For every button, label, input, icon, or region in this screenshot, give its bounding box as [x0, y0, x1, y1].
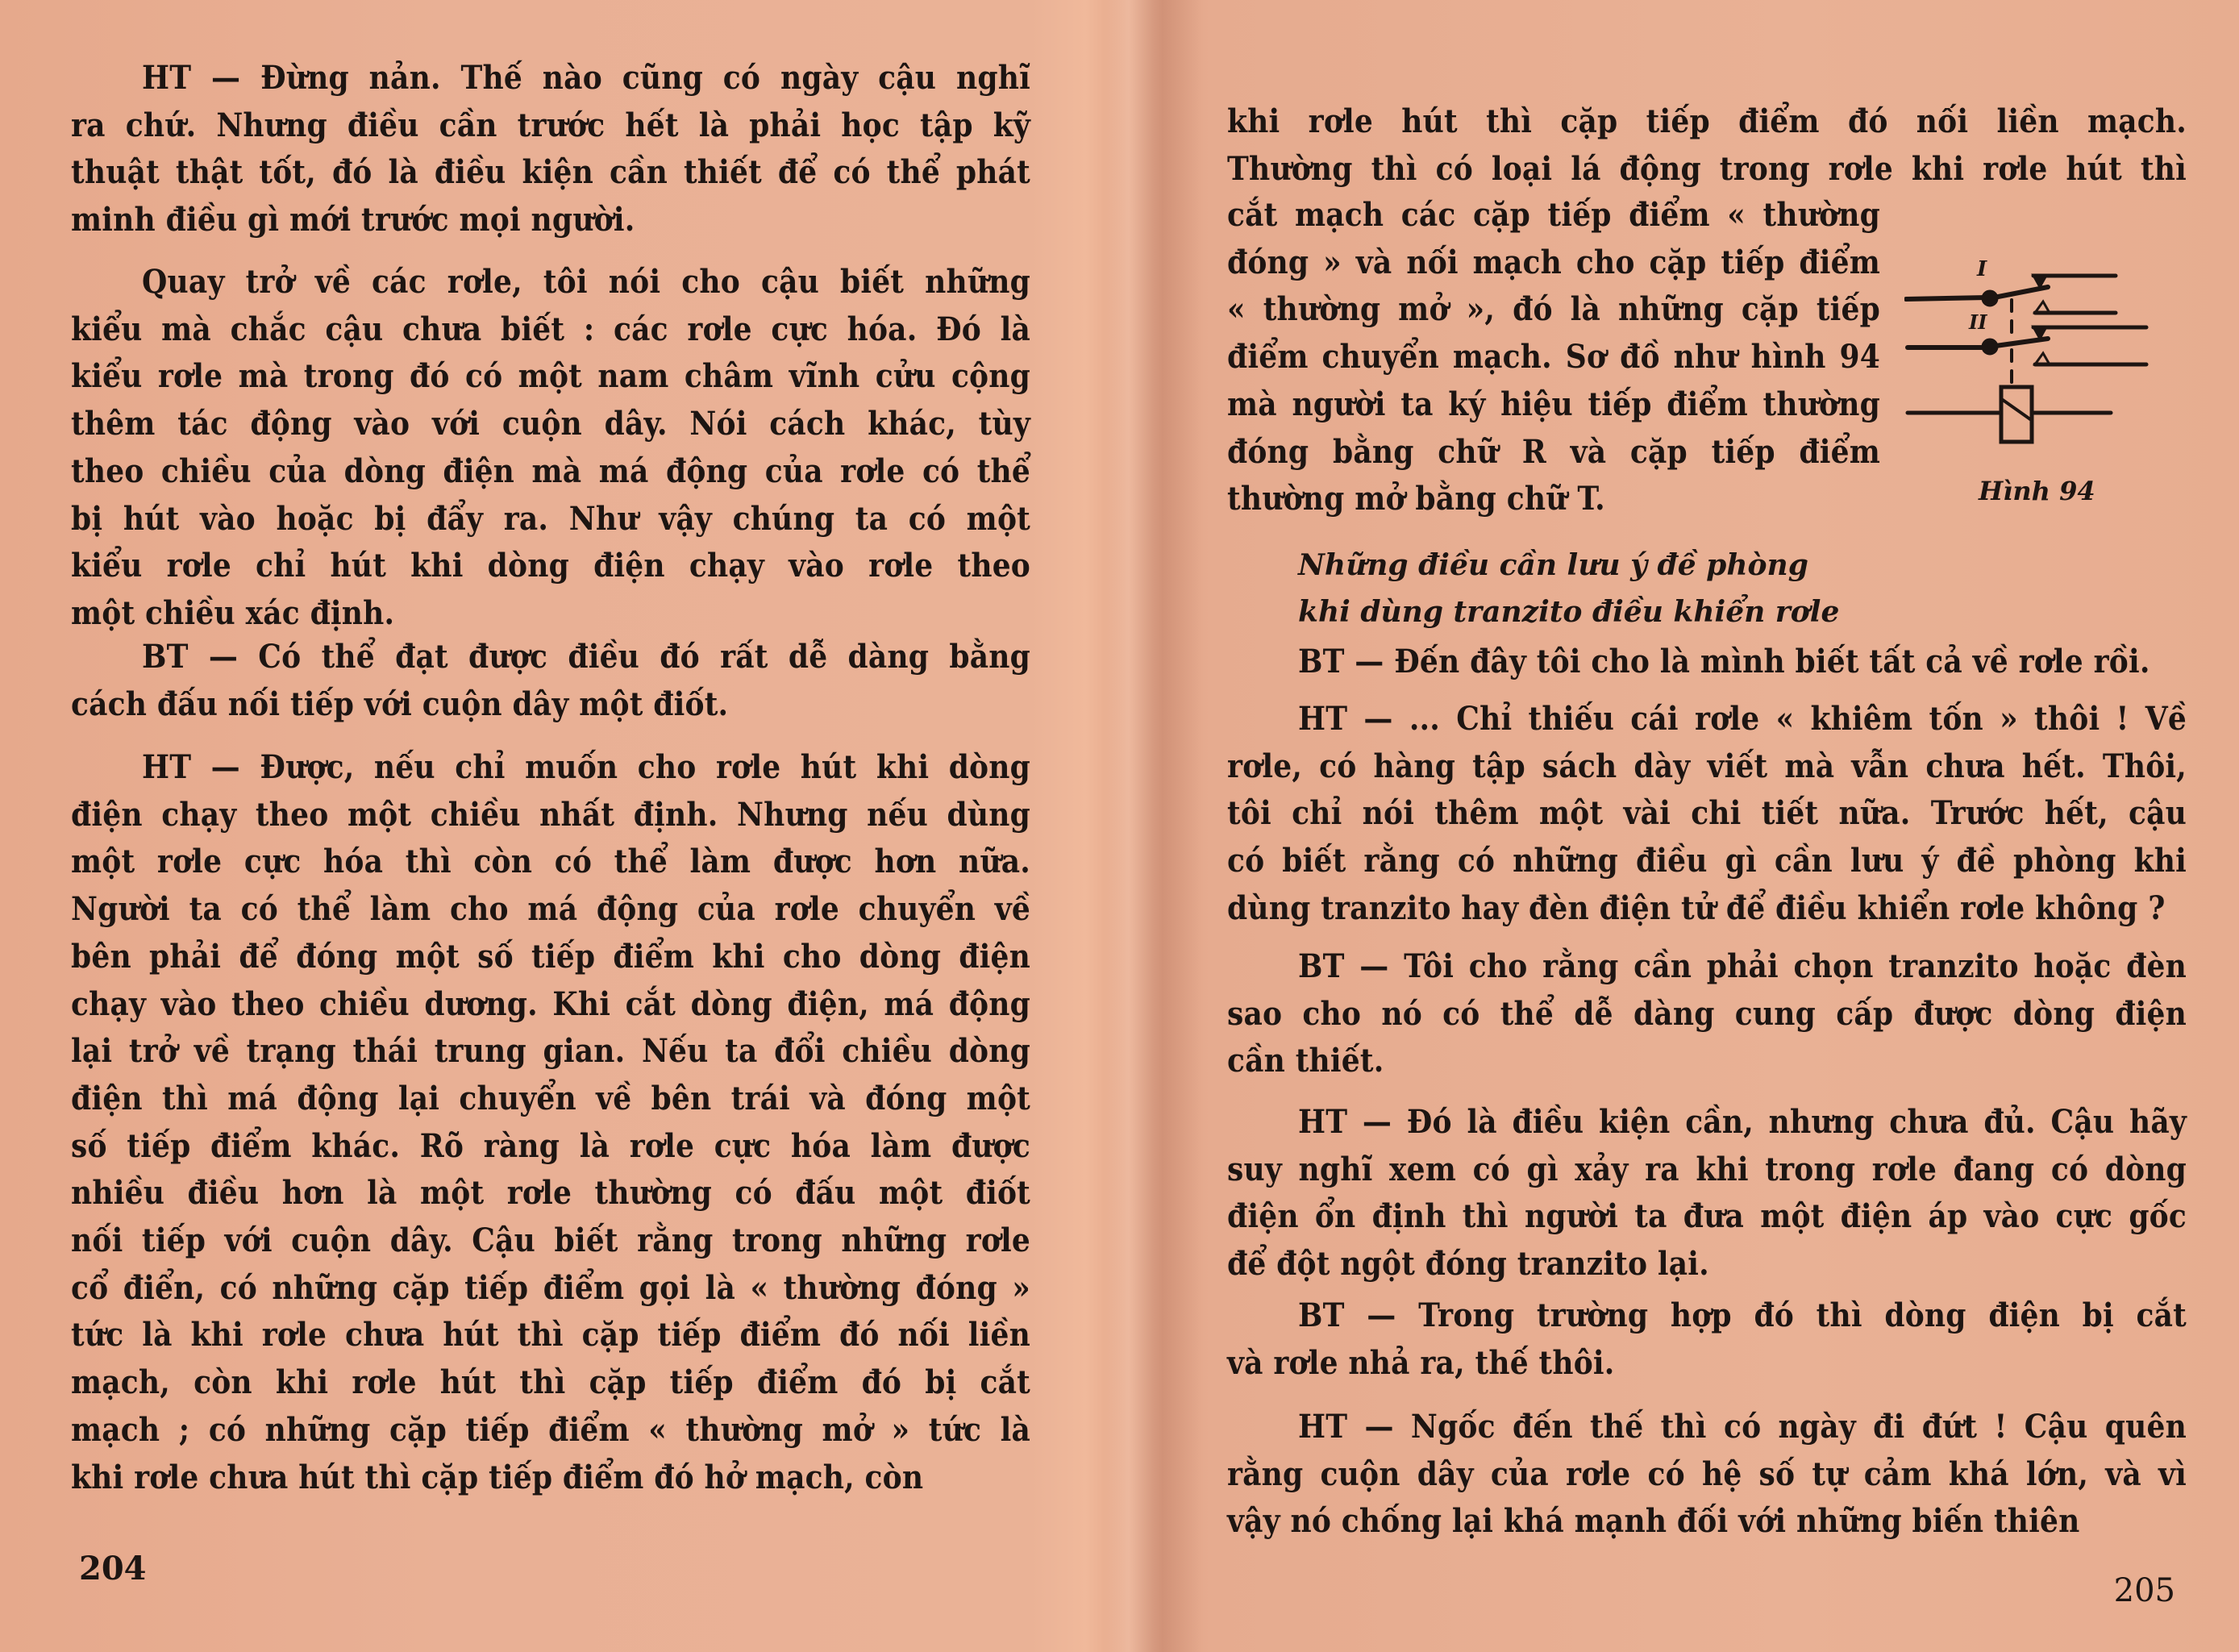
section-heading-line: Những điều cần lưu ý đề phòng — [1227, 542, 2187, 589]
paragraph-continued: khi rơle hút thì cặp tiếp điểm đó nối li… — [1227, 98, 2187, 193]
text-line: rơle, có hàng tập sách dày viết mà vẫn c… — [1227, 743, 2187, 791]
section-heading-line: khi dùng tranzito điều khiển rơle — [1227, 589, 2187, 635]
svg-text:II: II — [1968, 310, 1987, 334]
text-line: dùng tranzito hay đèn điện tử để điều kh… — [1227, 885, 2187, 933]
page-number: 205 — [2114, 1572, 2175, 1609]
svg-text:I: I — [1976, 257, 1987, 281]
text-line: có biết rằng có những điều gì cần lưu ý … — [1227, 838, 2187, 885]
text-line: cắt mạch các cặp tiếp điểm « thường — [1227, 192, 1880, 239]
left-page: HT — Đừng nản. Thế nào cũng có ngày cậu … — [71, 0, 1030, 1652]
text-line: điện thì má động lại chuyển về bên trái … — [71, 1076, 1030, 1123]
text-line: nhiều điều hơn là một rơle thường có đấu… — [71, 1170, 1030, 1217]
book-gutter — [1105, 0, 1201, 1652]
text-line: khi rơle hút thì cặp tiếp điểm đó nối li… — [1227, 98, 2187, 146]
paragraph: BT — Đến đây tôi cho là mình biết tất cả… — [1227, 639, 2187, 686]
figure-94-relay-diagram: I II Hình 94 — [1904, 242, 2195, 484]
figure-caption: Hình 94 — [1979, 476, 2095, 506]
text-line: tôi chỉ nói thêm một vài chi tiết nữa. T… — [1227, 790, 2187, 838]
text-line: cần thiết. — [1227, 1038, 2187, 1085]
paragraph: HT — Ngốc đến thế thì có ngày đi đứt ! C… — [1227, 1404, 2187, 1546]
text-line: kiểu rơle mà trong đó có một nam châm vĩ… — [71, 353, 1030, 401]
text-line: điểm chuyển mạch. Sơ đồ như hình 94 — [1227, 334, 1880, 381]
text-line: Người ta có thể làm cho má động của rơle… — [71, 886, 1030, 934]
text-line: thường mở bằng chữ T. — [1227, 476, 1880, 523]
text-line: theo chiều của dòng điện mà má động của … — [71, 448, 1030, 496]
text-line: BT — Đến đây tôi cho là mình biết tất cả… — [1227, 639, 2187, 686]
text-line: để đột ngột đóng tranzito lại. — [1227, 1241, 2187, 1288]
text-line: ra chứ. Nhưng điều cần trước hết là phải… — [71, 102, 1030, 150]
text-line: Thường thì có loại lá động trong rơle kh… — [1227, 146, 2187, 193]
text-line: số tiếp điểm khác. Rõ ràng là rơle cực h… — [71, 1123, 1030, 1171]
relay-contact-diagram-icon: I II — [1904, 242, 2195, 484]
text-line: minh điều gì mới trước mọi người. — [71, 197, 1030, 244]
text-line: và rơle nhả ra, thế thôi. — [1227, 1340, 2187, 1388]
text-line: rằng cuộn dây của rơle có hệ số tự cảm k… — [1227, 1451, 2187, 1499]
text-line: bên phải để đóng một số tiếp điểm khi ch… — [71, 934, 1030, 981]
text-line: tức là khi rơle chưa hút thì cặp tiếp đi… — [71, 1312, 1030, 1359]
text-line: điện chạy theo một chiều nhất định. Nhưn… — [71, 792, 1030, 839]
paragraph: HT — ... Chỉ thiếu cái rơle « khiêm tốn … — [1227, 696, 2187, 933]
paragraph: HT — Đừng nản. Thế nào cũng có ngày cậu … — [71, 55, 1030, 244]
text-line: đóng bằng chữ R và cặp tiếp điểm — [1227, 429, 1880, 476]
text-line: BT — Trong trường hợp đó thì dòng điện b… — [1227, 1292, 2187, 1340]
text-line: điện ổn định thì người ta đưa một điện á… — [1227, 1193, 2187, 1241]
text-line: HT — Đó là điều kiện cần, nhưng chưa đủ.… — [1227, 1099, 2187, 1146]
text-line: « thường mở », đó là những cặp tiếp — [1227, 286, 1880, 334]
text-line: đóng » và nối mạch cho cặp tiếp điểm — [1227, 239, 1880, 287]
text-line: kiểu mà chắc cậu chưa biết : các rơle cự… — [71, 306, 1030, 354]
text-line: chạy vào theo chiều dương. Khi cắt dòng … — [71, 981, 1030, 1029]
text-line: HT — Đừng nản. Thế nào cũng có ngày cậu … — [71, 55, 1030, 102]
text-line: HT — ... Chỉ thiếu cái rơle « khiêm tốn … — [1227, 696, 2187, 743]
right-page: khi rơle hút thì cặp tiếp điểm đó nối li… — [1227, 0, 2187, 1652]
paragraph: BT — Trong trường hợp đó thì dòng điện b… — [1227, 1292, 2187, 1387]
text-line: kiểu rơle chỉ hút khi dòng điện chạy vào… — [71, 543, 1030, 590]
text-line: cổ điển, có những cặp tiếp điểm gọi là «… — [71, 1265, 1030, 1313]
text-line: mạch, còn khi rơle hút thì cặp tiếp điểm… — [71, 1359, 1030, 1407]
text-line: BT — Tôi cho rằng cần phải chọn tranzito… — [1227, 943, 2187, 991]
text-line: Quay trở về các rơle, tôi nói cho cậu bi… — [71, 259, 1030, 306]
text-line: mạch ; có những cặp tiếp điểm « thường m… — [71, 1407, 1030, 1454]
text-line: mà người ta ký hiệu tiếp điểm thường — [1227, 381, 1880, 429]
paragraph: Quay trở về các rơle, tôi nói cho cậu bi… — [71, 259, 1030, 638]
text-line: bị hút vào hoặc bị đẩy ra. Như vậy chúng… — [71, 496, 1030, 543]
text-line: khi rơle chưa hút thì cặp tiếp điểm đó h… — [71, 1454, 1030, 1502]
page-number: 204 — [79, 1550, 147, 1588]
text-line: thuật thật tốt, đó là điều kiện cần thiế… — [71, 149, 1030, 197]
text-line: thêm tác động vào với cuộn dây. Nói cách… — [71, 401, 1030, 448]
text-line: sao cho nó có thể dễ dàng cung cấp được … — [1227, 991, 2187, 1038]
text-line: cách đấu nối tiếp với cuộn dây một điốt. — [71, 681, 1030, 729]
text-line: BT — Có thể đạt được điều đó rất dễ dàng… — [71, 634, 1030, 681]
book-spread: HT — Đừng nản. Thế nào cũng có ngày cậu … — [0, 0, 2239, 1652]
paragraph: HT — Được, nếu chỉ muốn cho rơle hút khi… — [71, 744, 1030, 1501]
paragraph-wrapped-around-figure: cắt mạch các cặp tiếp điểm « thườngđóng … — [1227, 192, 1880, 523]
text-line: nối tiếp với cuộn dây. Cậu biết rằng tro… — [71, 1217, 1030, 1265]
text-line: suy nghĩ xem có gì xảy ra khi trong rơle… — [1227, 1146, 2187, 1194]
section-heading: Những điều cần lưu ý đề phòngkhi dùng tr… — [1227, 542, 2187, 635]
paragraph: BT — Có thể đạt được điều đó rất dễ dàng… — [71, 634, 1030, 728]
text-line: HT — Được, nếu chỉ muốn cho rơle hút khi… — [71, 744, 1030, 792]
text-line: lại trở về trạng thái trung gian. Nếu ta… — [71, 1028, 1030, 1076]
text-line: HT — Ngốc đến thế thì có ngày đi đứt ! C… — [1227, 1404, 2187, 1451]
paragraph: BT — Tôi cho rằng cần phải chọn tranzito… — [1227, 943, 2187, 1085]
paragraph: HT — Đó là điều kiện cần, nhưng chưa đủ.… — [1227, 1099, 2187, 1288]
text-line: vậy nó chống lại khá mạnh đối với những … — [1227, 1498, 2187, 1546]
text-line: một rơle cực hóa thì còn có thể làm được… — [71, 838, 1030, 886]
text-line: một chiều xác định. — [71, 590, 1030, 638]
